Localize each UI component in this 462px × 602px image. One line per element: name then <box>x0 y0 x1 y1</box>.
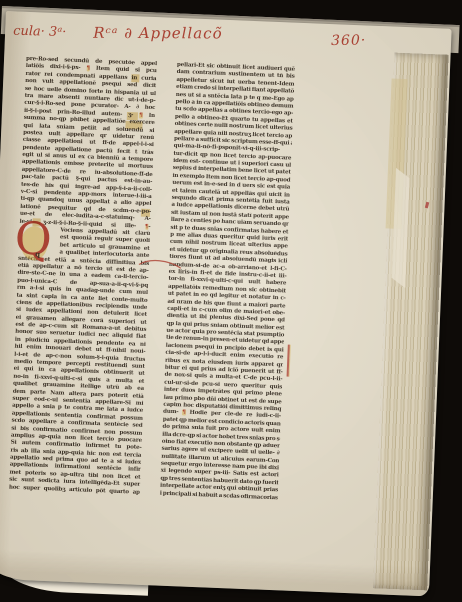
yellow-wash-mark <box>131 74 139 82</box>
running-header-left: cula· 3ᵃ· <box>13 24 66 40</box>
photograph-of-book: cula· 3ᵃ· Rᶜᵃ ∂ Appellacõ 360· pre-Ro-se… <box>0 0 462 602</box>
red-pen-flourish <box>136 256 185 272</box>
yellow-wash-mark <box>141 209 150 217</box>
yellow-wash-mark <box>32 218 40 226</box>
fore-edge-highlight <box>392 168 410 288</box>
yellow-wash-mark <box>125 121 142 130</box>
fore-edge-page-stack <box>373 53 448 591</box>
yellow-wash-mark <box>127 112 138 120</box>
red-nota-mark <box>287 345 290 377</box>
manuscript-page: cula· 3ᵃ· Rᶜᵃ ∂ Appellacõ 360· pre-Ro-se… <box>0 11 452 596</box>
red-edge-mark <box>425 202 429 209</box>
folio-number: 360· <box>331 33 366 49</box>
text-column-right: pellari-Et sic obtinuit licet audiueri q… <box>160 62 295 502</box>
running-header-title: Rᶜᵃ ∂ Appellacõ <box>93 24 222 43</box>
